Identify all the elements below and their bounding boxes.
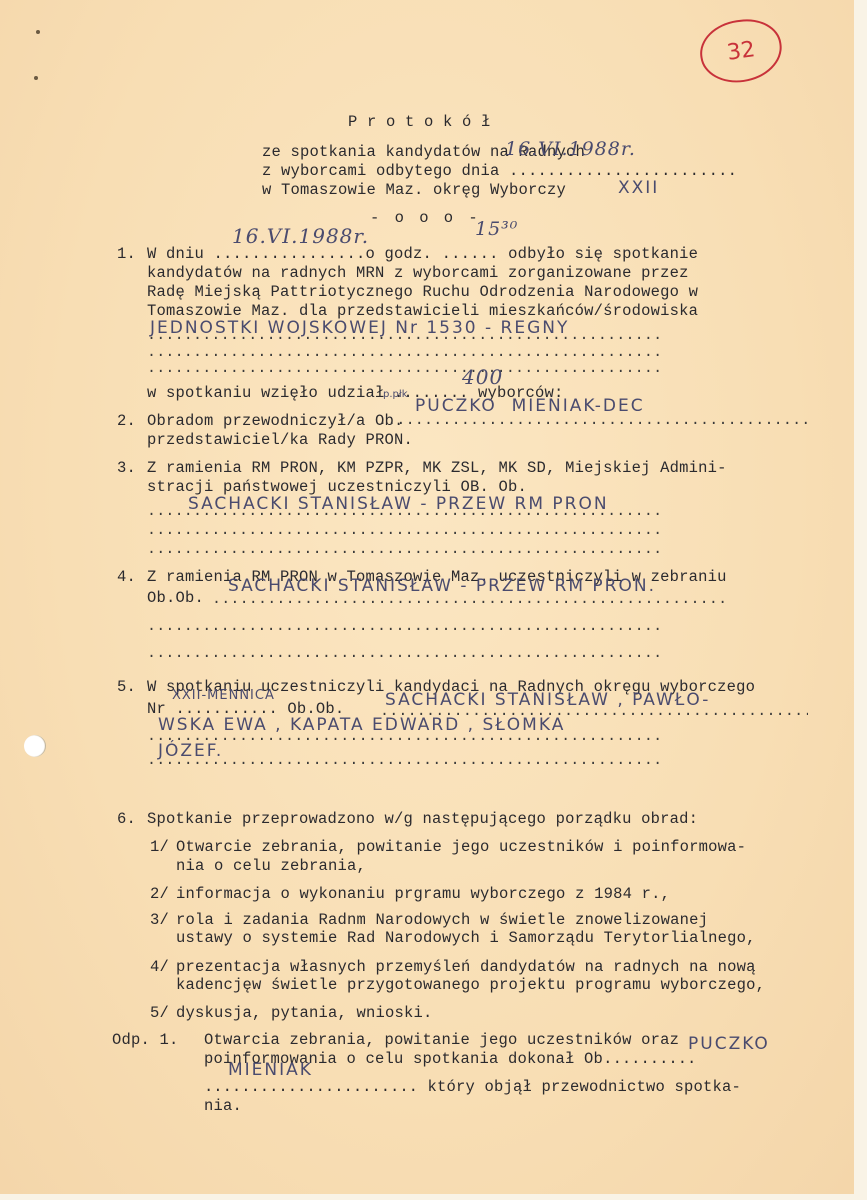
section-2-number: 2. [117,412,136,430]
dotted-line: ........................................… [147,344,807,361]
agenda-item-4-number: 4/ [150,958,169,976]
dotted-line: ........................................… [147,728,807,745]
handwritten-chair-name: PUCZKO MIENIAK-DEC [415,396,645,416]
handwritten-candidates-1: SACHACKI STANISŁAW , PAWŁO- [385,690,710,710]
agenda-item-3-line-2: ustawy o systemie Rad Narodowych i Samor… [176,929,756,947]
document-page: 32 P r o t o k ó ł ze spotkania kandydat… [0,0,854,1194]
handwritten-attendance: 400 [462,365,503,389]
response-1-line-4: nia. [204,1097,242,1115]
handwritten-meeting-date: 16.VI.1988r. [505,138,636,160]
agenda-item-1-number: 1/ [150,838,169,856]
agenda-item-2-number: 2/ [150,885,169,903]
subtitle-line-2: z wyborcami odbytego dnia ..............… [262,162,737,180]
handwritten-opener-name: MIENIAK [228,1060,313,1080]
dotted-line: ........................................… [147,645,807,662]
section-4-line-2: Ob.Ob. [147,589,214,607]
section-1-line-2: kandydatów na radnych MRN z wyborcami zo… [147,264,689,282]
dotted-line: ........................................… [147,327,807,344]
handwritten-district: XXII [618,178,659,198]
agenda-item-4-line-2: kadencjęw świetle przygotowanego projekt… [176,976,765,994]
response-1-label: Odp. 1. [112,1031,179,1049]
punch-mark [34,76,38,80]
handwritten-rank: p.płk [383,389,408,400]
agenda-item-3-line-1: rola i zadania Radnm Narodowych w świetl… [176,911,708,929]
document-title: P r o t o k ó ł [348,113,491,131]
subtitle-line-3: w Tomaszowie Maz. okręg Wyborczy [262,181,576,199]
agenda-item-5-line-1: dyskusja, pytania, wnioski. [176,1004,433,1022]
section-1-line-3: Radę Miejską Pattriotycznego Ruchu Odrod… [147,283,698,301]
punch-hole [24,735,46,757]
handwritten-date: 16.VI.1988r. [232,224,369,248]
response-1-line-1: Otwarcia zebrania, powitanie jego uczest… [204,1031,679,1049]
dotted-line: ........................................… [147,618,807,635]
agenda-item-1-line-2: nia o celu zebrania, [176,857,366,875]
handwritten-section-4-names: SACHACKI STANISŁAW - PRZEW RM PRON. [228,576,656,596]
dotted-line: ........................................… [147,541,807,558]
agenda-item-1-line-1: Otwarcie zebrania, powitanie jego uczest… [176,838,746,856]
dotted-line: ........................................… [147,522,807,539]
section-2-line-2: przedstawiciel/ka Rady PRON. [147,431,413,449]
dotted-line: ........................................… [147,752,807,769]
handwritten-opener-surname: PUCZKO [688,1034,770,1054]
section-5-number: 5. [117,678,136,696]
section-6-heading: Spotkanie przeprowadzono w/g następujące… [147,810,698,828]
agenda-item-5-number: 5/ [150,1004,169,1022]
dotted-line: ........................................… [147,503,807,520]
separator: - o o o - [370,209,481,227]
section-3-number: 3. [117,459,136,477]
handwritten-hour: 15³⁰ [475,218,518,240]
handwritten-district-name: XXII-MENNICA [172,688,275,703]
section-2-line-1: Obradom przewodniczył/a Ob. [147,412,413,430]
response-1-line-3: ....................... który objął prze… [204,1078,741,1096]
punch-mark [36,30,40,34]
agenda-item-4-line-1: prezentacja własnych przemyśleń dandydat… [176,958,756,976]
section-1-line-1: W dniu ................o godz. ...... od… [147,245,698,263]
section-4-number: 4. [117,568,136,586]
page-number-stamp: 32 [696,15,786,88]
section-1-number: 1. [117,245,136,263]
agenda-item-3-number: 3/ [150,911,169,929]
section-6-number: 6. [117,810,136,828]
agenda-item-2-line-1: informacja o wykonaniu prgramu wyborczeg… [176,885,670,903]
section-3-line-1: Z ramienia RM PRON, KM PZPR, MK ZSL, MK … [147,459,727,477]
